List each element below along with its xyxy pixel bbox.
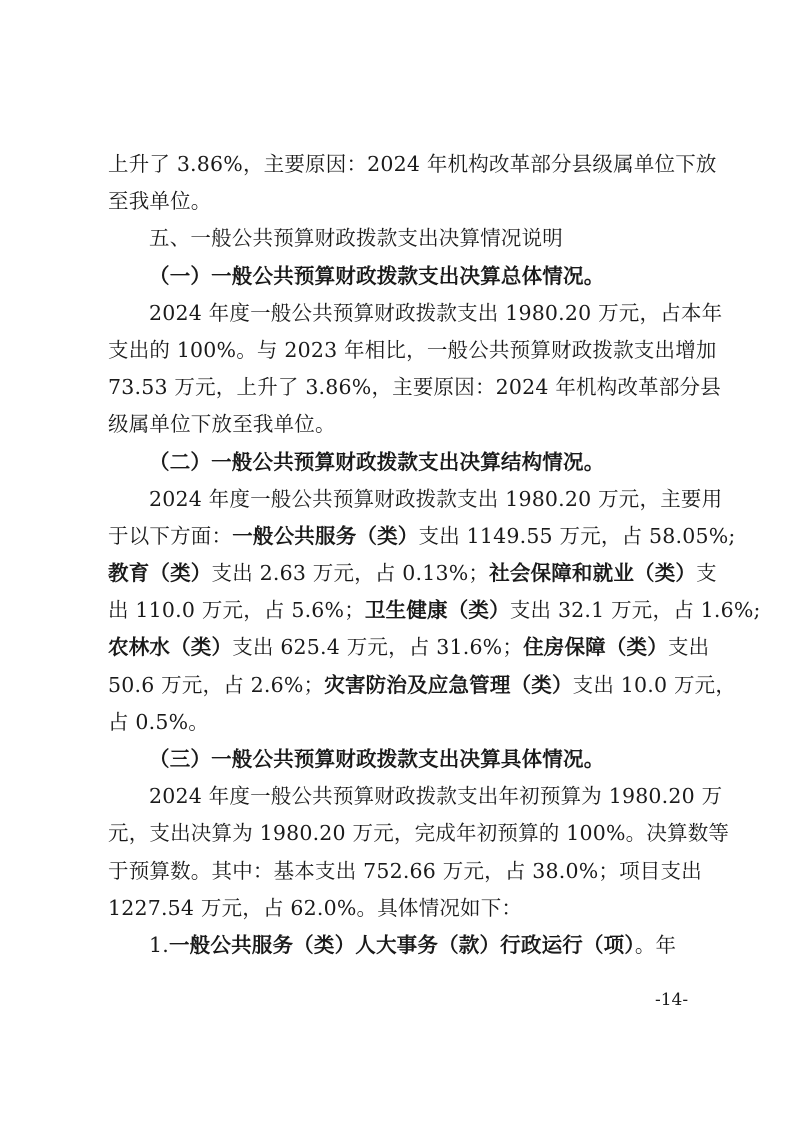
paragraph-line: 于预算数。其中：基本支出 752.66 万元，占 38.0%；项目支出 — [108, 853, 692, 890]
paragraph-line: 出 110.0 万元，占 5.6%；卫生健康（类）支出 32.1 万元，占 1.… — [108, 592, 692, 629]
paragraph-line: 2024 年度一般公共预算财政拨款支出 1980.20 万元，占本年 — [108, 295, 692, 332]
category-housing: 住房保障（类） — [523, 635, 668, 659]
paragraph-line: 50.6 万元，占 2.6%；灾害防治及应急管理（类）支出 10.0 万元， — [108, 667, 692, 704]
paragraph-line: 至我单位。 — [108, 183, 692, 220]
subsection-heading-3: （三）一般公共预算财政拨款支出决算具体情况。 — [108, 741, 692, 778]
list-item-1: 1.一般公共服务（类）人大事务（款）行政运行（项）。年 — [108, 927, 692, 964]
paragraph-line: 2024 年度一般公共预算财政拨款支出 1980.20 万元，主要用 — [108, 481, 692, 518]
paragraph-line: 2024 年度一般公共预算财政拨款支出年初预算为 1980.20 万 — [108, 778, 692, 815]
text-span: 支 — [696, 561, 717, 585]
text-span: 支出 10.0 万元， — [573, 673, 736, 697]
paragraph-line: 占 0.5%。 — [108, 704, 692, 741]
paragraph-line: 元，支出决算为 1980.20 万元，完成年初预算的 100%。决算数等 — [108, 815, 692, 852]
paragraph-line: 73.53 万元，上升了 3.86%，主要原因：2024 年机构改革部分县 — [108, 369, 692, 406]
item-heading: 一般公共服务（类）人大事务（款）行政运行（项） — [169, 933, 635, 957]
paragraph-line: 支出的 100%。与 2023 年相比，一般公共预算财政拨款支出增加 — [108, 332, 692, 369]
text-span: 于以下方面： — [108, 524, 232, 548]
category-health: 卫生健康（类） — [365, 598, 510, 622]
paragraph-line: 1227.54 万元，占 62.0%。具体情况如下： — [108, 890, 692, 927]
text-span: 支出 — [668, 635, 709, 659]
category-agriculture: 农林水（类） — [108, 635, 232, 659]
page-number: -14- — [655, 990, 688, 1010]
text-span: 支出 2.63 万元，占 0.13%； — [212, 561, 490, 585]
paragraph-line: 上升了 3.86%，主要原因：2024 年机构改革部分县级属单位下放 — [108, 146, 692, 183]
subsection-heading-1: （一）一般公共预算财政拨款支出决算总体情况。 — [108, 258, 692, 295]
category-education: 教育（类） — [108, 561, 212, 585]
category-general-public-services: 一般公共服务（类） — [232, 524, 418, 548]
paragraph-line: 于以下方面：一般公共服务（类）支出 1149.55 万元，占 58.05%; — [108, 518, 692, 555]
text-span: 支出 625.4 万元，占 31.6%； — [232, 635, 523, 659]
document-page: 上升了 3.86%，主要原因：2024 年机构改革部分县级属单位下放 至我单位。… — [108, 146, 692, 964]
text-span: 。年 — [635, 933, 676, 957]
category-disaster-prevention: 灾害防治及应急管理（类） — [324, 673, 572, 697]
text-span: 支出 32.1 万元，占 1.6%; — [510, 598, 761, 622]
subsection-heading-2: （二）一般公共预算财政拨款支出决算结构情况。 — [108, 444, 692, 481]
category-social-security: 社会保障和就业（类） — [489, 561, 696, 585]
text-span: 出 110.0 万元，占 5.6%； — [108, 598, 365, 622]
section-heading-5: 五、一般公共预算财政拨款支出决算情况说明 — [108, 220, 692, 257]
paragraph-line: 级属单位下放至我单位。 — [108, 406, 692, 443]
paragraph-line: 农林水（类）支出 625.4 万元，占 31.6%；住房保障（类）支出 — [108, 629, 692, 666]
text-span: 支出 1149.55 万元，占 58.05%; — [419, 524, 736, 548]
list-number: 1. — [149, 933, 169, 957]
paragraph-line: 教育（类）支出 2.63 万元，占 0.13%；社会保障和就业（类）支 — [108, 555, 692, 592]
text-span: 50.6 万元，占 2.6%； — [108, 673, 324, 697]
